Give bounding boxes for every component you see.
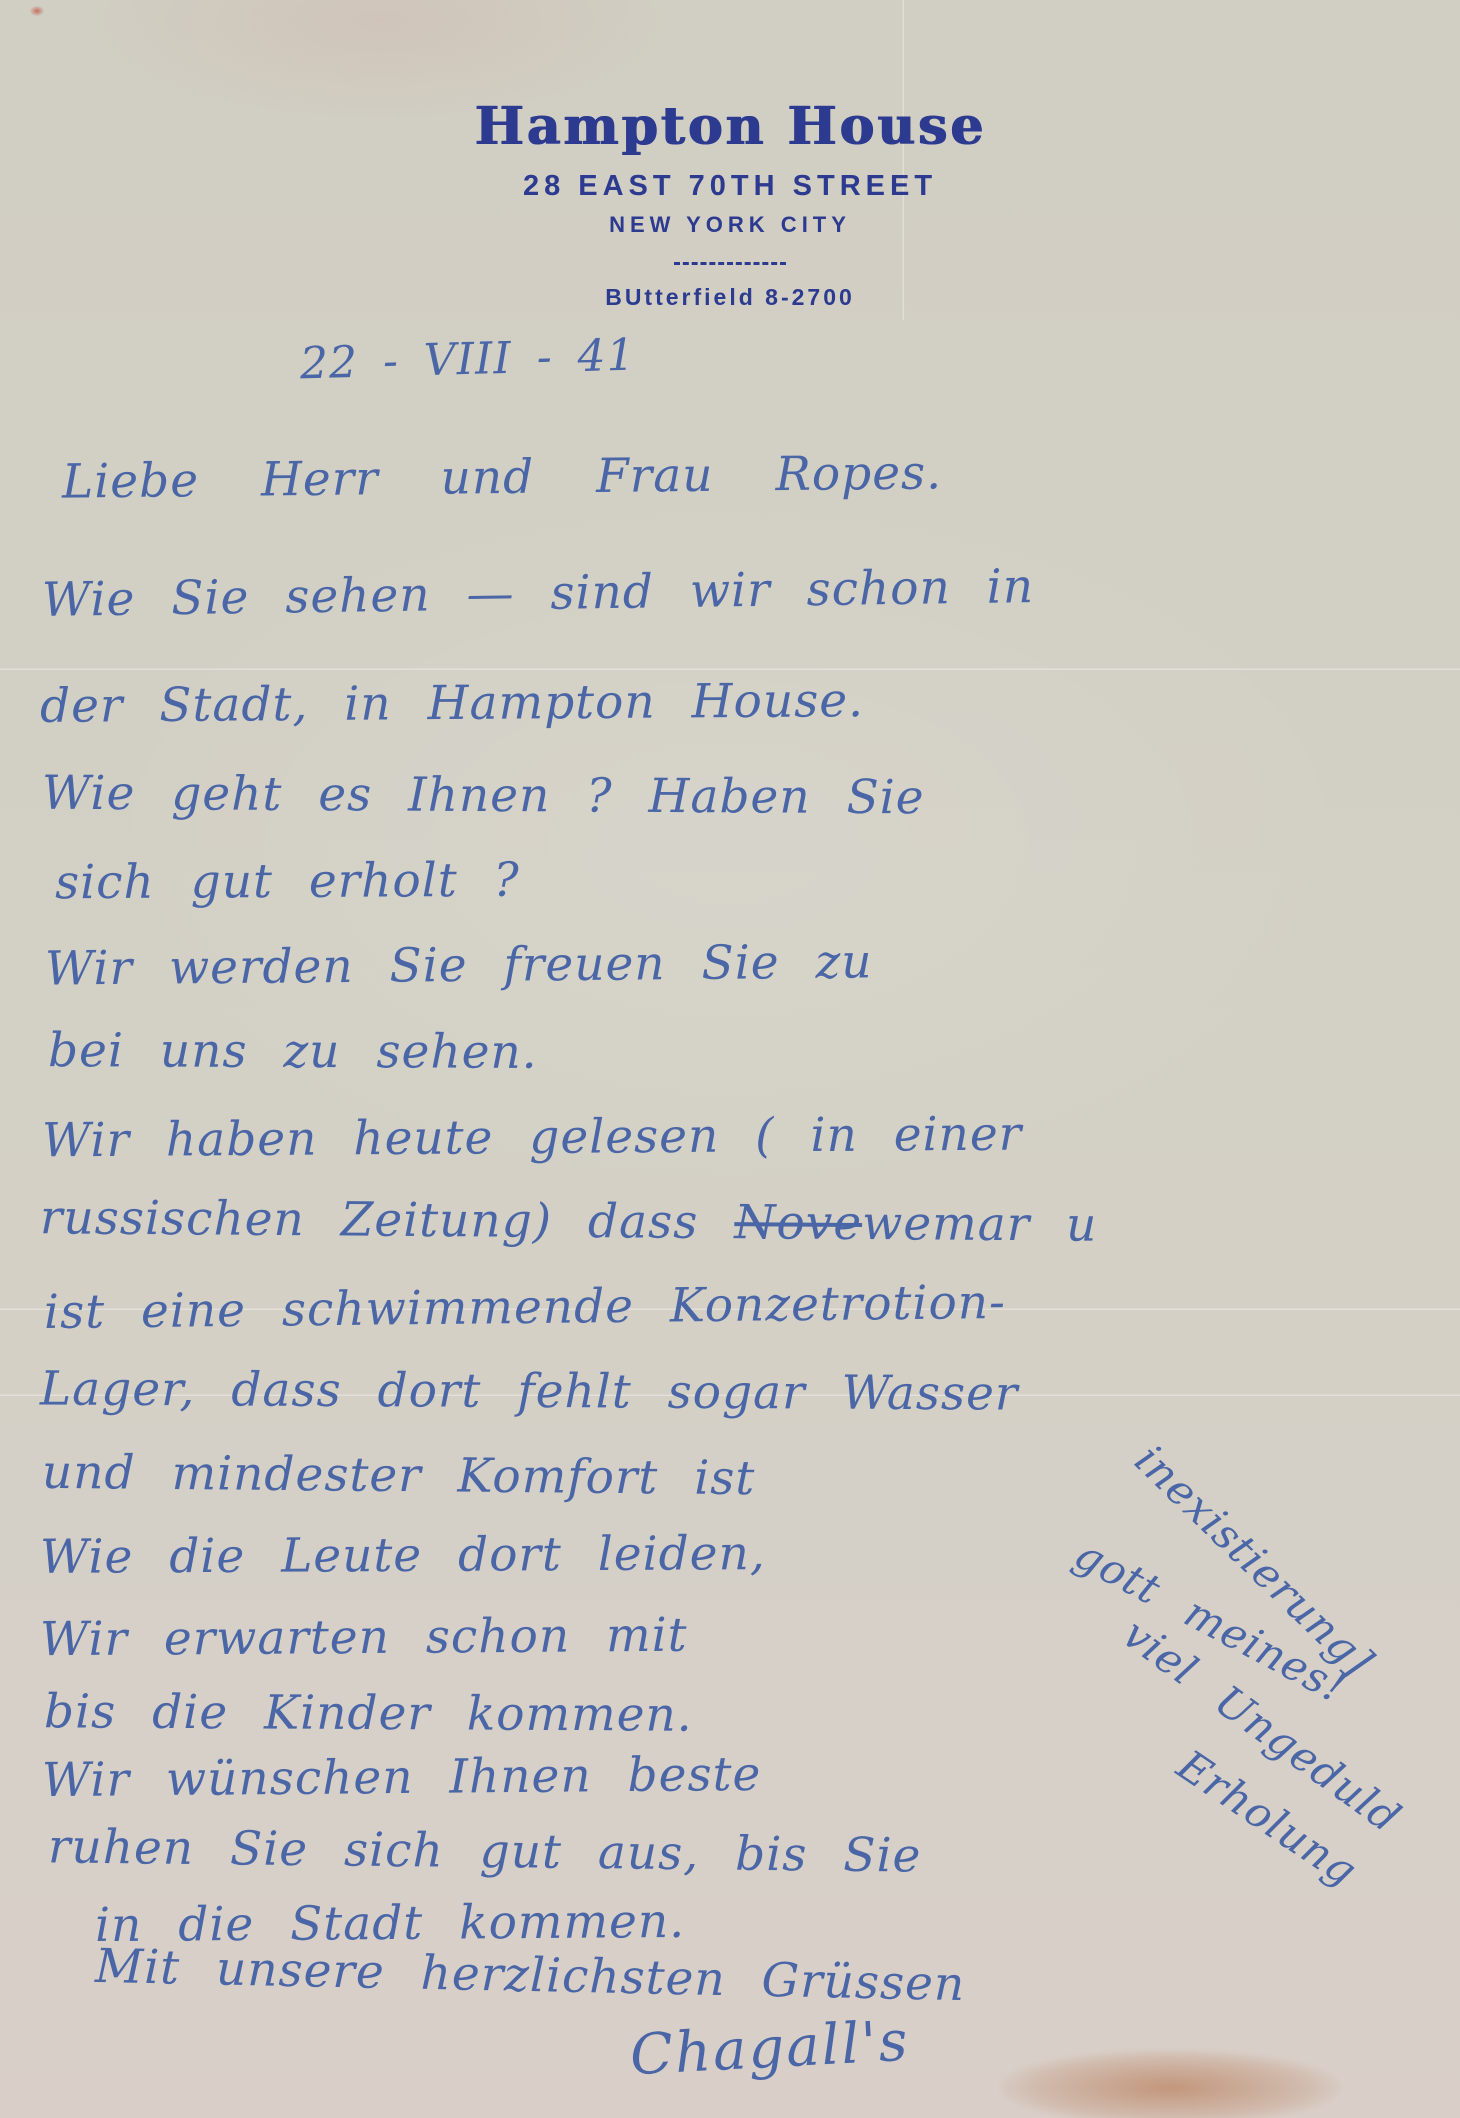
letterhead-rule xyxy=(674,262,786,265)
signature: Chagall's xyxy=(629,2011,911,2087)
letter-line: ist eine schwimmende Konzetrotion- xyxy=(44,1277,1006,1339)
letter-line: bis die Kinder kommen. xyxy=(44,1686,693,1741)
letter-line: Wie die Leute dort leiden, xyxy=(40,1528,766,1583)
letter-line: ruhen Sie sich gut aus, bis Sie xyxy=(48,1821,922,1882)
letterhead-phone: BUtterfield 8-2700 xyxy=(605,284,855,311)
letter-line-text: russischen Zeitung) dass xyxy=(40,1190,735,1250)
paper-crease xyxy=(902,0,905,320)
ink-speck xyxy=(30,6,44,16)
letterhead-city: NEW YORK CITY xyxy=(609,212,851,238)
closing-line: Mit unsere herzlichsten Grüssen xyxy=(95,1941,966,2011)
letter-line: sich gut erholt ? xyxy=(55,855,520,909)
date-line: 22 - VIII - 41 xyxy=(299,332,636,389)
letter-line: Wie geht es Ihnen ? Haben Sie xyxy=(42,768,925,824)
salutation: Liebe Herr und Frau Ropes. xyxy=(62,447,943,508)
letter-line: Lager, dass dort fehlt sogar Wasser xyxy=(40,1363,1019,1420)
letter-line: der Stadt, in Hampton House. xyxy=(40,675,864,732)
letter-line: Wir werden Sie freuen Sie zu xyxy=(45,936,873,995)
letter-line-text: wemar u xyxy=(862,1196,1098,1253)
letter-line: russischen Zeitung) dass Novewemar u xyxy=(40,1192,1098,1251)
letter-line: Wie Sie sehen — sind wir schon in xyxy=(42,561,1035,627)
letter-line: Wir wünschen Ihnen beste xyxy=(42,1749,762,1807)
letter-line: Wir haben heute gelesen ( in einer xyxy=(42,1109,1022,1168)
letterhead-address: 28 EAST 70TH STREET xyxy=(523,170,937,203)
letter-line: Wir erwarten schon mit xyxy=(40,1610,688,1666)
paper-stain xyxy=(1000,2050,1340,2118)
crossed-out-word: Nove xyxy=(734,1195,862,1251)
letter-page: Hampton House 28 EAST 70TH STREET NEW YO… xyxy=(0,0,1460,2118)
letterhead-hotel-name: Hampton House xyxy=(474,96,986,157)
letter-line: und mindester Komfort ist xyxy=(42,1447,756,1505)
paper-crease xyxy=(0,668,1460,671)
letter-line: bei uns zu sehen. xyxy=(48,1025,538,1078)
